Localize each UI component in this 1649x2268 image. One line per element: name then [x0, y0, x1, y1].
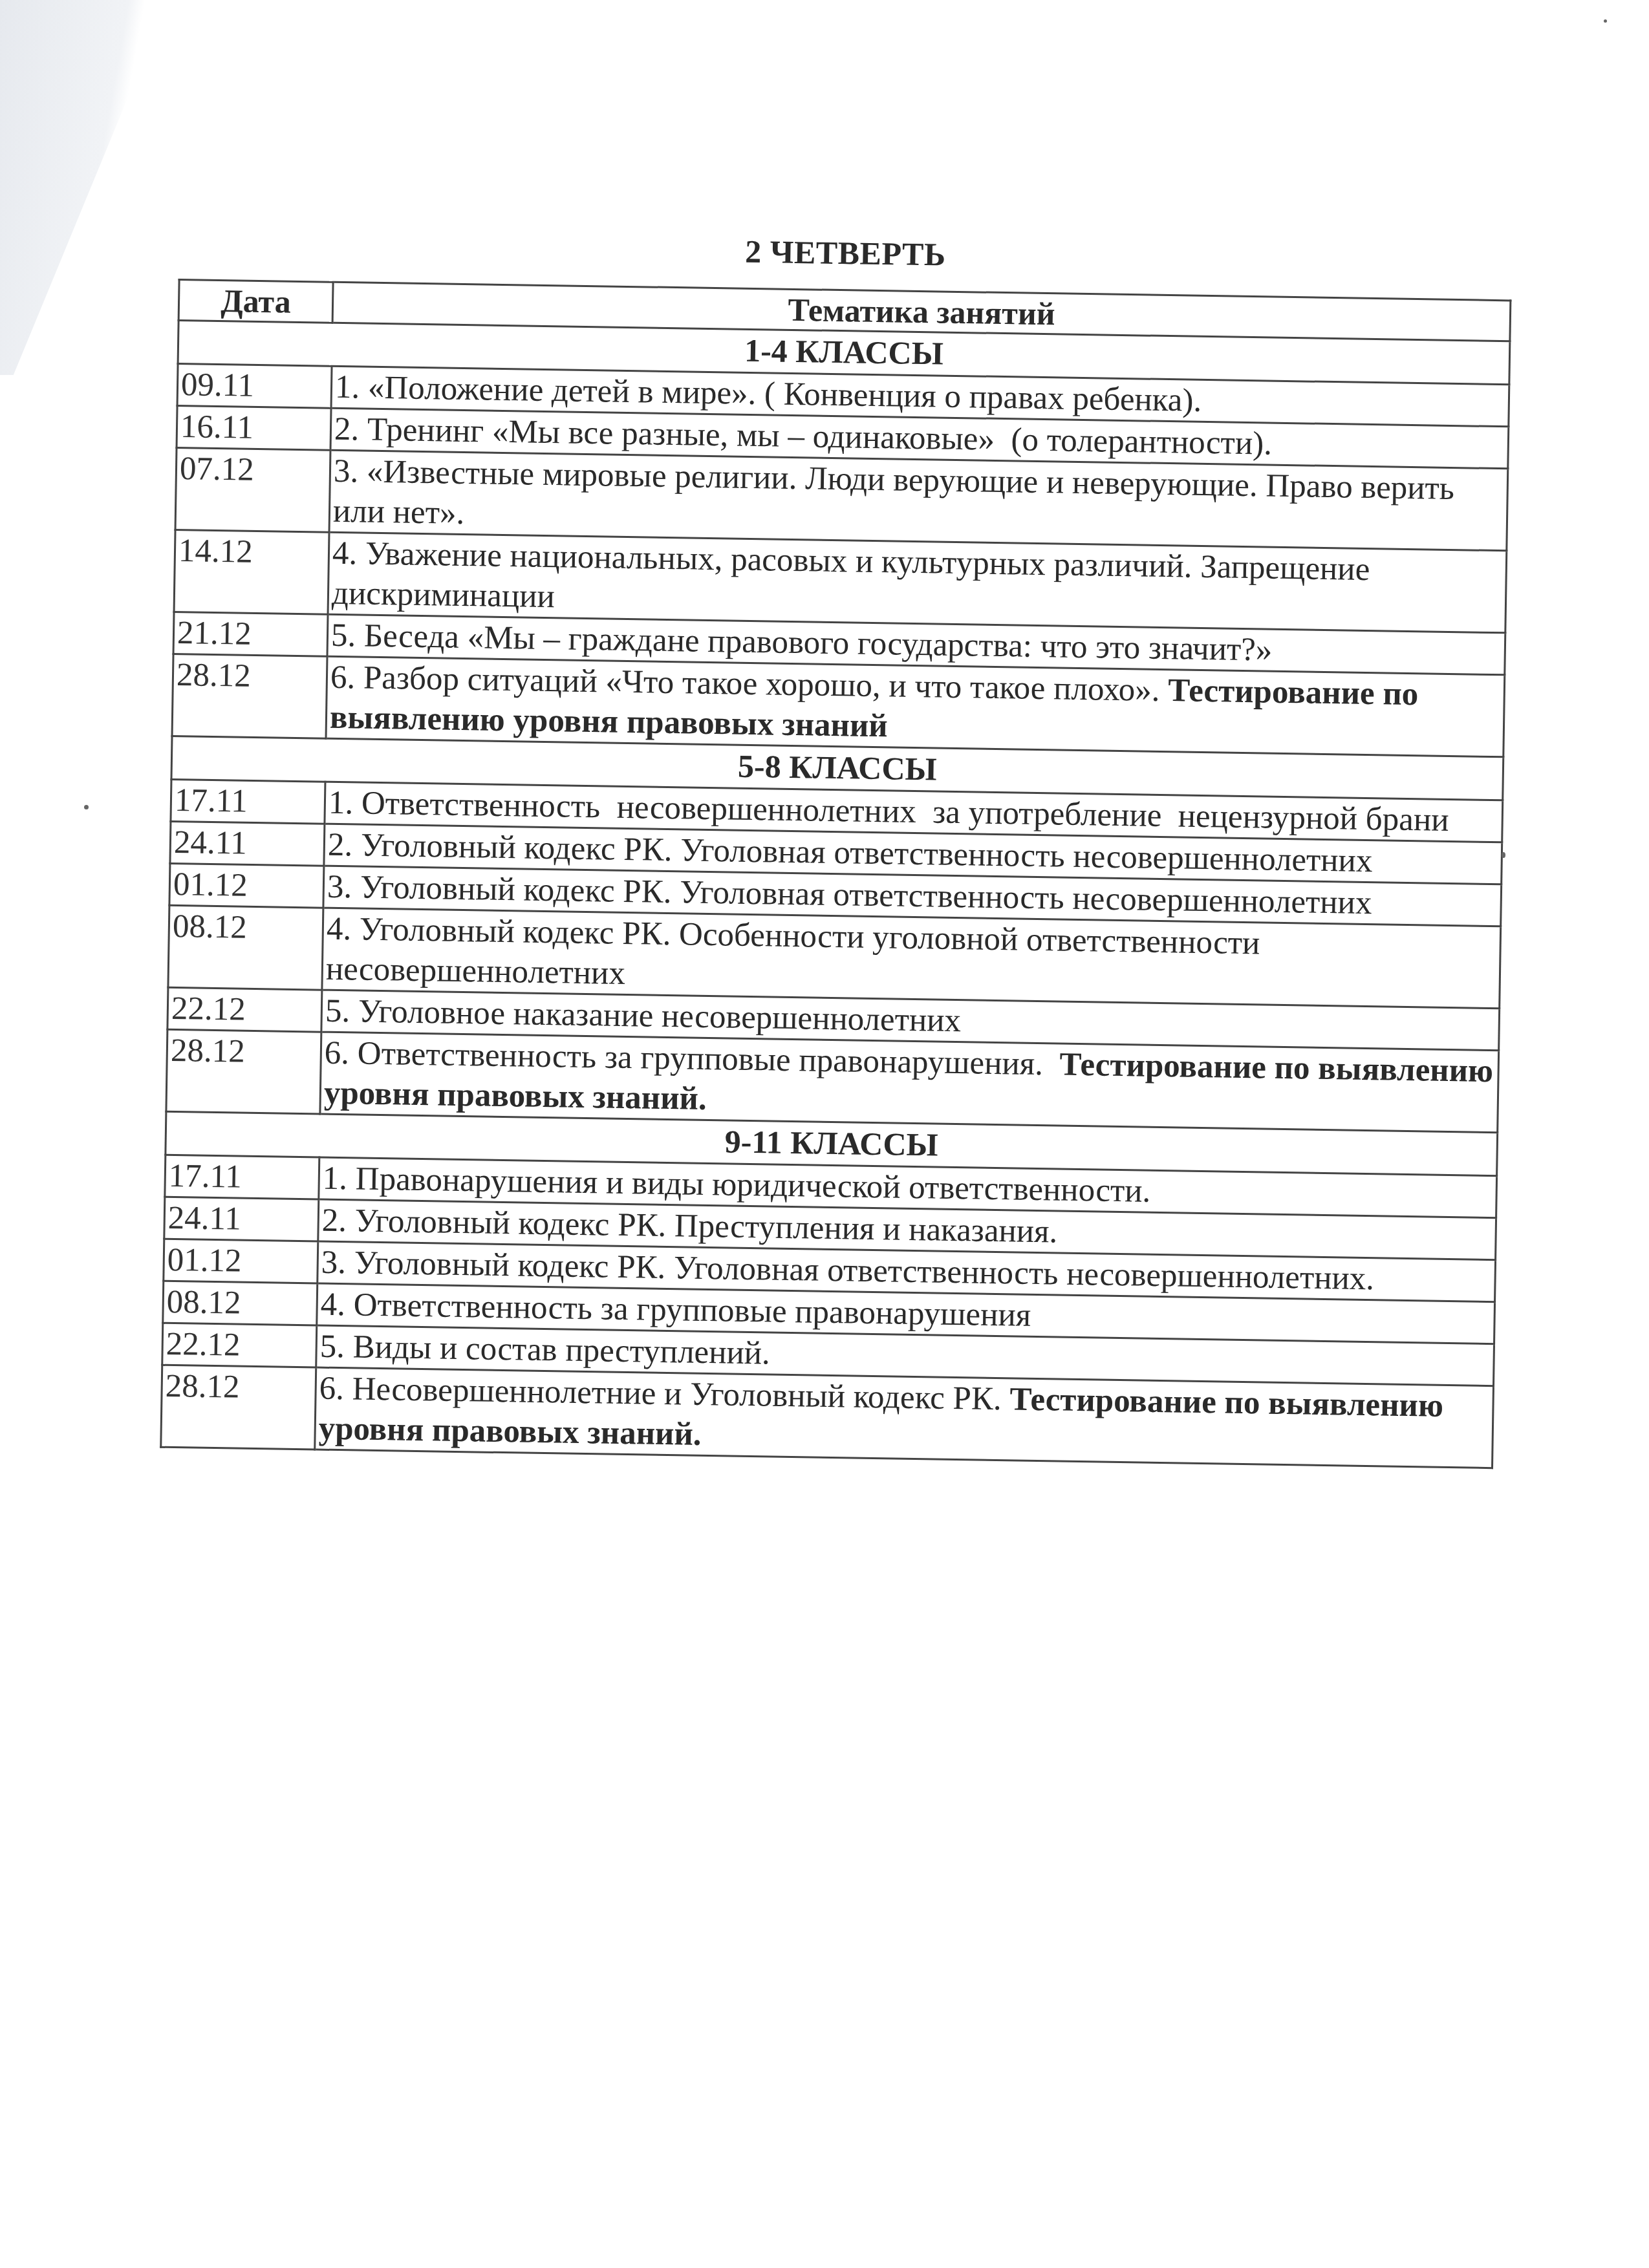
lesson-topic: 6. Несовершеннолетние и Уголовный кодекс… [315, 1367, 1494, 1468]
schedule-table: Дата Тематика занятий 1-4 КЛАССЫ09.111. … [160, 279, 1511, 1469]
lesson-date: 24.11 [164, 1197, 319, 1241]
scan-edge-shadow [0, 0, 168, 375]
lesson-date: 01.12 [169, 863, 324, 908]
lesson-date: 09.11 [177, 363, 332, 408]
lesson-date: 14.12 [174, 530, 329, 614]
document-page: 2 ЧЕТВЕРТЬ Дата Тематика занятий 1-4 КЛА… [160, 223, 1513, 1469]
scan-speck [84, 805, 89, 809]
lesson-topic-text: 3. «Известные мировые религии. Люди веру… [333, 453, 1463, 531]
lesson-topic-text: 5. Виды и состав преступлений. [319, 1329, 770, 1372]
lesson-date: 28.12 [161, 1365, 316, 1450]
table-body: 1-4 КЛАССЫ09.111. «Положение детей в мир… [161, 321, 1510, 1468]
column-header-date: Дата [178, 280, 333, 323]
lesson-topic-text: 5. Уголовное наказание несовершеннолетни… [325, 993, 961, 1039]
lesson-topic-text: 6. Ответственность за групповые правонар… [324, 1035, 1060, 1083]
lesson-date: 07.12 [175, 447, 330, 532]
scan-speck [1604, 19, 1607, 23]
lesson-date: 24.11 [170, 821, 325, 866]
lesson-date: 17.11 [165, 1155, 319, 1199]
lesson-topic-text: 4. Уголовный кодекс РК. Особенности угол… [325, 911, 1268, 992]
lesson-date: 16.11 [177, 405, 331, 450]
lesson-topic-text: 6. Несовершеннолетние и Уголовный кодекс… [319, 1371, 1010, 1418]
lesson-date: 08.12 [163, 1281, 318, 1325]
scan-speck [1502, 852, 1505, 858]
lesson-date: 21.12 [173, 612, 328, 656]
lesson-date: 17.11 [171, 779, 325, 824]
lesson-date: 28.12 [166, 1029, 321, 1114]
lesson-date: 22.12 [167, 987, 322, 1032]
lesson-date: 01.12 [164, 1239, 318, 1283]
lesson-date: 28.12 [172, 654, 327, 738]
lesson-date: 08.12 [168, 905, 323, 990]
lesson-date: 22.12 [162, 1323, 317, 1367]
lesson-topic-text: 4. Уважение национальных, расовых и куль… [332, 535, 1379, 615]
